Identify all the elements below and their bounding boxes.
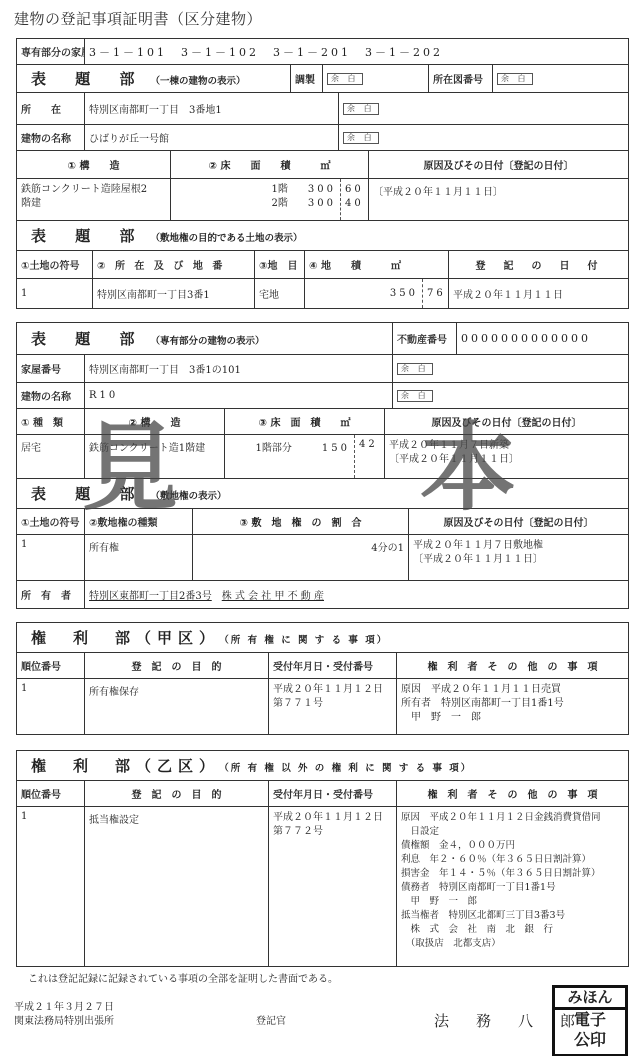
col-right-type: ②敷地権の種類 <box>85 509 193 535</box>
location-label: 所 在 <box>17 93 85 125</box>
stamp-sample-text: みほん <box>555 988 625 1010</box>
right-land-code: 1 <box>17 535 85 581</box>
land-date: 平成２０年１１月１１日 <box>449 279 629 309</box>
floor-area-decimal: 40 <box>345 197 364 211</box>
col-floor-area: ② 床 面 積 ㎡ <box>171 151 369 179</box>
col-cause: 原因及びその日付〔登記の日付〕 <box>409 509 629 535</box>
building-name-label: 建物の名称 <box>17 125 85 151</box>
rights-a-table: 権 利 部（甲区）（所 有 権 に 関 す る 事 項） 順位番号 登 記 の … <box>16 622 629 735</box>
chosei-value: 余 白 <box>327 73 363 85</box>
col-cause: 原因及びその日付〔登記の日付〕 <box>369 151 629 179</box>
certification-text: これは登記記録に記録されている事項の全部を証明した書面である。 <box>28 970 338 985</box>
floor-label: 1階部分 <box>256 443 292 454</box>
land-code: 1 <box>17 279 93 309</box>
floor-area-integer: 300 <box>308 198 336 209</box>
section-title: 権 利 部（乙区） <box>21 757 220 775</box>
col-land-location: ② 所 在 及 び 地 番 <box>93 251 255 279</box>
col-reception: 受付年月日・受付番号 <box>269 653 397 679</box>
land-area-decimal: 76 <box>423 279 449 309</box>
exclusive-type: 居宅 <box>17 435 85 479</box>
col-land-area: ④ 地 積 ㎡ <box>305 251 449 279</box>
registrar-label: 登記官 <box>256 1012 286 1027</box>
section-title: 表 題 部 <box>21 485 146 503</box>
detail-line: 損害金 年１４・５％（年３６５日日割計算） <box>401 867 624 881</box>
location-value: 特別区南都町一丁目 3番地1 <box>85 93 339 125</box>
purpose: 抵当権設定 <box>85 807 269 967</box>
reception-number: 第７７２号 <box>273 825 392 839</box>
section-header-whole: 表 題 部（一棟の建物の表示） <box>17 65 291 93</box>
col-rank: 順位番号 <box>17 653 85 679</box>
property-number-label: 不動産番号 <box>393 323 457 355</box>
owner-address: 特別区東都町一丁目2番3号 <box>89 591 212 602</box>
house-number-value: 特別区南都町一丁目 3番1の101 <box>85 355 393 383</box>
cause-line: 平成２０年１１月７日新築 <box>389 439 624 453</box>
exclusive-cause: 平成２０年１１月７日新築 〔平成２０年１１月１１日〕 <box>385 435 629 479</box>
document-title: 建物の登記事項証明書（区分建物） <box>14 8 262 29</box>
structure-line-2: 階建 <box>21 197 166 211</box>
details: 原因 平成２０年１１月１２日金銭消費貸借同 日設定 債権額 金４，０００万円 利… <box>397 807 629 967</box>
building-structure-table: ① 構 造 ② 床 面 積 ㎡ 原因及びその日付〔登記の日付〕 鉄筋コンクリート… <box>16 150 629 221</box>
col-purpose: 登 記 の 目 的 <box>85 653 269 679</box>
details: 原因 平成２０年１１月１１日売買 所有者 特別区南都町一丁目1番1号 甲 野 一… <box>397 679 629 735</box>
reception: 平成２０年１１月１２日 第７７１号 <box>269 679 397 735</box>
table-row: 1 特別区南都町一丁目3番1 宅地 350 76 平成２０年１１月１１日 <box>17 279 629 309</box>
col-ratio: ③ 敷 地 権 の 割 合 <box>193 509 409 535</box>
col-land-category: ③地 目 <box>255 251 305 279</box>
land-site-table: 表 題 部（敷地権の目的である土地の表示） ①土地の符号 ② 所 在 及 び 地… <box>16 220 629 309</box>
col-cause: 原因及びその日付〔登記の日付〕 <box>385 409 629 435</box>
col-land-code: ①土地の符号 <box>17 251 93 279</box>
detail-line: （取扱店 北都支店） <box>401 937 624 951</box>
cause-line: 平成２０年１１月７日敷地権 <box>413 539 624 553</box>
stamp-line-1: 電子 <box>555 1010 625 1030</box>
col-purpose: 登 記 の 目 的 <box>85 781 269 807</box>
floor-area-int: 1階 300 2階 300 <box>171 179 341 221</box>
detail-line: 日設定 <box>401 825 624 839</box>
structure-cell: 鉄筋コンクリート造陸屋根2 階建 <box>17 179 171 221</box>
building-location-table: 所 在 特別区南都町一丁目 3番地1 余 白 建物の名称 ひばりが丘一号館 余 … <box>16 92 629 151</box>
building-whole-table: 専有部分の家屋番号 3－1－101 3－1－102 3－1－201 3－1－20… <box>16 38 629 93</box>
detail-line: 甲 野 一 郎 <box>401 895 624 909</box>
house-number-label: 家屋番号 <box>17 355 85 383</box>
reception-date: 平成２０年１１月１２日 <box>273 811 392 825</box>
col-structure: ① 構 造 <box>17 151 171 179</box>
section-subtitle: （所 有 権 に 関 す る 事 項） <box>224 635 388 646</box>
owner-label: 所 有 者 <box>17 581 85 609</box>
section-header-rights-b: 権 利 部（乙区）（所 有 権 以 外 の 権 利 に 関 す る 事 項） <box>17 751 629 781</box>
table-row: 1 抵当権設定 平成２０年１１月１２日 第７７２号 原因 平成２０年１１月１２日… <box>17 807 629 967</box>
unit-numbers-label: 専有部分の家屋番号 <box>17 39 85 65</box>
col-land-code: ①土地の符号 <box>17 509 85 535</box>
location-note: 余 白 <box>343 103 379 115</box>
land-location: 特別区南都町一丁目3番1 <box>93 279 255 309</box>
detail-line: 利息 年２・６０％（年３６５日日割計算） <box>401 853 624 867</box>
section-title: 表 題 部 <box>21 330 146 348</box>
col-details: 権 利 者 そ の 他 の 事 項 <box>397 653 629 679</box>
exclusive-area-integer: 1階部分 150 <box>225 435 355 479</box>
right-ratio: 4分の1 <box>193 535 409 581</box>
table-row: 1 所有権保存 平成２０年１１月１２日 第７７１号 原因 平成２０年１１月１１日… <box>17 679 629 735</box>
section-subtitle: （専有部分の建物の表示） <box>150 336 264 347</box>
unit-numbers-value: 3－1－101 3－1－102 3－1－201 3－1－202 <box>85 39 629 65</box>
detail-line: 債権額 金４，０００万円 <box>401 839 624 853</box>
floor-label: 1階 <box>272 184 288 195</box>
building-name-value: ひばりが丘一号館 <box>85 125 339 151</box>
issuing-office: 関東法務局特別出張所 <box>14 1012 114 1027</box>
stamp-line-2: 公印 <box>555 1030 625 1050</box>
detail-line: 債務者 特別区南都町一丁目1番1号 <box>401 881 624 895</box>
floor-area-dec: 60 40 <box>341 179 369 221</box>
section-header-site-right: 表 題 部（敷地権の表示） <box>17 479 629 509</box>
map-number-value: 余 白 <box>497 73 533 85</box>
detail-line: 甲 野 一 郎 <box>401 711 624 725</box>
detail-line: 抵当権者 特別区北都町三丁目3番3号 <box>401 909 624 923</box>
reception: 平成２０年１１月１２日 第７７２号 <box>269 807 397 967</box>
right-cause: 平成２０年１１月７日敷地権 〔平成２０年１１月１１日〕 <box>409 535 629 581</box>
detail-line: 原因 平成２０年１１月１１日売買 <box>401 683 624 697</box>
col-type: ① 種 類 <box>17 409 85 435</box>
right-type: 所有権 <box>85 535 193 581</box>
table-row: 1 所有権 4分の1 平成２０年１１月７日敷地権 〔平成２０年１１月１１日〕 <box>17 535 629 581</box>
cause-line: 〔平成２０年１１月１１日〕 <box>389 453 624 467</box>
floor-area-decimal: 60 <box>345 183 364 197</box>
section-subtitle: （敷地権の目的である土地の表示） <box>150 233 302 244</box>
land-category: 宅地 <box>255 279 305 309</box>
detail-line: 所有者 特別区南都町一丁目1番1号 <box>401 697 624 711</box>
detail-line: 原因 平成２０年１１月１２日金銭消費貸借同 <box>401 811 624 825</box>
reception-number: 第７７１号 <box>273 697 392 711</box>
section-title: 権 利 部（甲区） <box>21 629 220 647</box>
issue-date: 平成２１年３月２７日 <box>14 998 114 1013</box>
section-title: 表 題 部 <box>21 70 146 88</box>
col-structure: ② 構 造 <box>85 409 225 435</box>
col-reception: 受付年月日・受付番号 <box>269 781 397 807</box>
chosei-label: 調製 <box>291 65 323 93</box>
section-header-rights-a: 権 利 部（甲区）（所 有 権 に 関 す る 事 項） <box>17 623 629 653</box>
owner-name: 株 式 会 社 甲 不 動 産 <box>222 591 324 602</box>
reception-date: 平成２０年１１月１２日 <box>273 683 392 697</box>
official-seal-stamp: みほん 電子 公印 <box>552 985 628 1056</box>
rank: 1 <box>17 807 85 967</box>
site-right-table: 表 題 部（敷地権の表示） ①土地の符号 ②敷地権の種類 ③ 敷 地 権 の 割… <box>16 478 629 609</box>
section-title: 表 題 部 <box>21 227 146 245</box>
property-number-value: 0000000000000 <box>457 323 629 355</box>
exclusive-name-note: 余 白 <box>397 390 433 402</box>
exclusive-structure: 鉄筋コンクリート造1階建 <box>85 435 225 479</box>
section-subtitle: （所 有 権 以 外 の 権 利 に 関 す る 事 項） <box>224 763 472 774</box>
col-rank: 順位番号 <box>17 781 85 807</box>
exclusive-name-value: R10 <box>85 383 393 409</box>
exclusive-name-label: 建物の名称 <box>17 383 85 409</box>
cause-value: 〔平成２０年１１月１１日〕 <box>369 179 629 221</box>
land-area-integer: 350 <box>305 279 423 309</box>
section-header-exclusive: 表 題 部（専有部分の建物の表示） <box>17 323 393 355</box>
exclusive-area-decimal: 42 <box>355 435 385 479</box>
floor-label: 2階 <box>272 198 288 209</box>
owner-value: 特別区東都町一丁目2番3号 株 式 会 社 甲 不 動 産 <box>85 581 629 609</box>
building-name-note: 余 白 <box>343 132 379 144</box>
map-number-label: 所在図番号 <box>429 65 493 93</box>
detail-line: 株 式 会 社 南 北 銀 行 <box>401 923 624 937</box>
col-details: 権 利 者 そ の 他 の 事 項 <box>397 781 629 807</box>
section-subtitle: （敷地権の表示） <box>150 491 226 502</box>
section-subtitle: （一棟の建物の表示） <box>150 76 245 87</box>
rank: 1 <box>17 679 85 735</box>
structure-line-1: 鉄筋コンクリート造陸屋根2 <box>21 183 166 197</box>
section-header-land: 表 題 部（敷地権の目的である土地の表示） <box>17 221 629 251</box>
exclusive-part-table: 表 題 部（専有部分の建物の表示） 不動産番号 0000000000000 家屋… <box>16 322 629 409</box>
exclusive-structure-table: ① 種 類 ② 構 造 ③ 床 面 積 ㎡ 原因及びその日付〔登記の日付〕 居宅… <box>16 408 629 479</box>
cause-line: 〔平成２０年１１月１１日〕 <box>413 553 624 567</box>
house-number-note: 余 白 <box>397 363 433 375</box>
purpose: 所有権保存 <box>85 679 269 735</box>
area-integer: 150 <box>322 443 350 454</box>
rights-b-table: 権 利 部（乙区）（所 有 権 以 外 の 権 利 に 関 す る 事 項） 順… <box>16 750 629 967</box>
col-land-date: 登 記 の 日 付 <box>449 251 629 279</box>
floor-area-integer: 300 <box>308 184 336 195</box>
col-floor-area: ③ 床 面 積 ㎡ <box>225 409 385 435</box>
